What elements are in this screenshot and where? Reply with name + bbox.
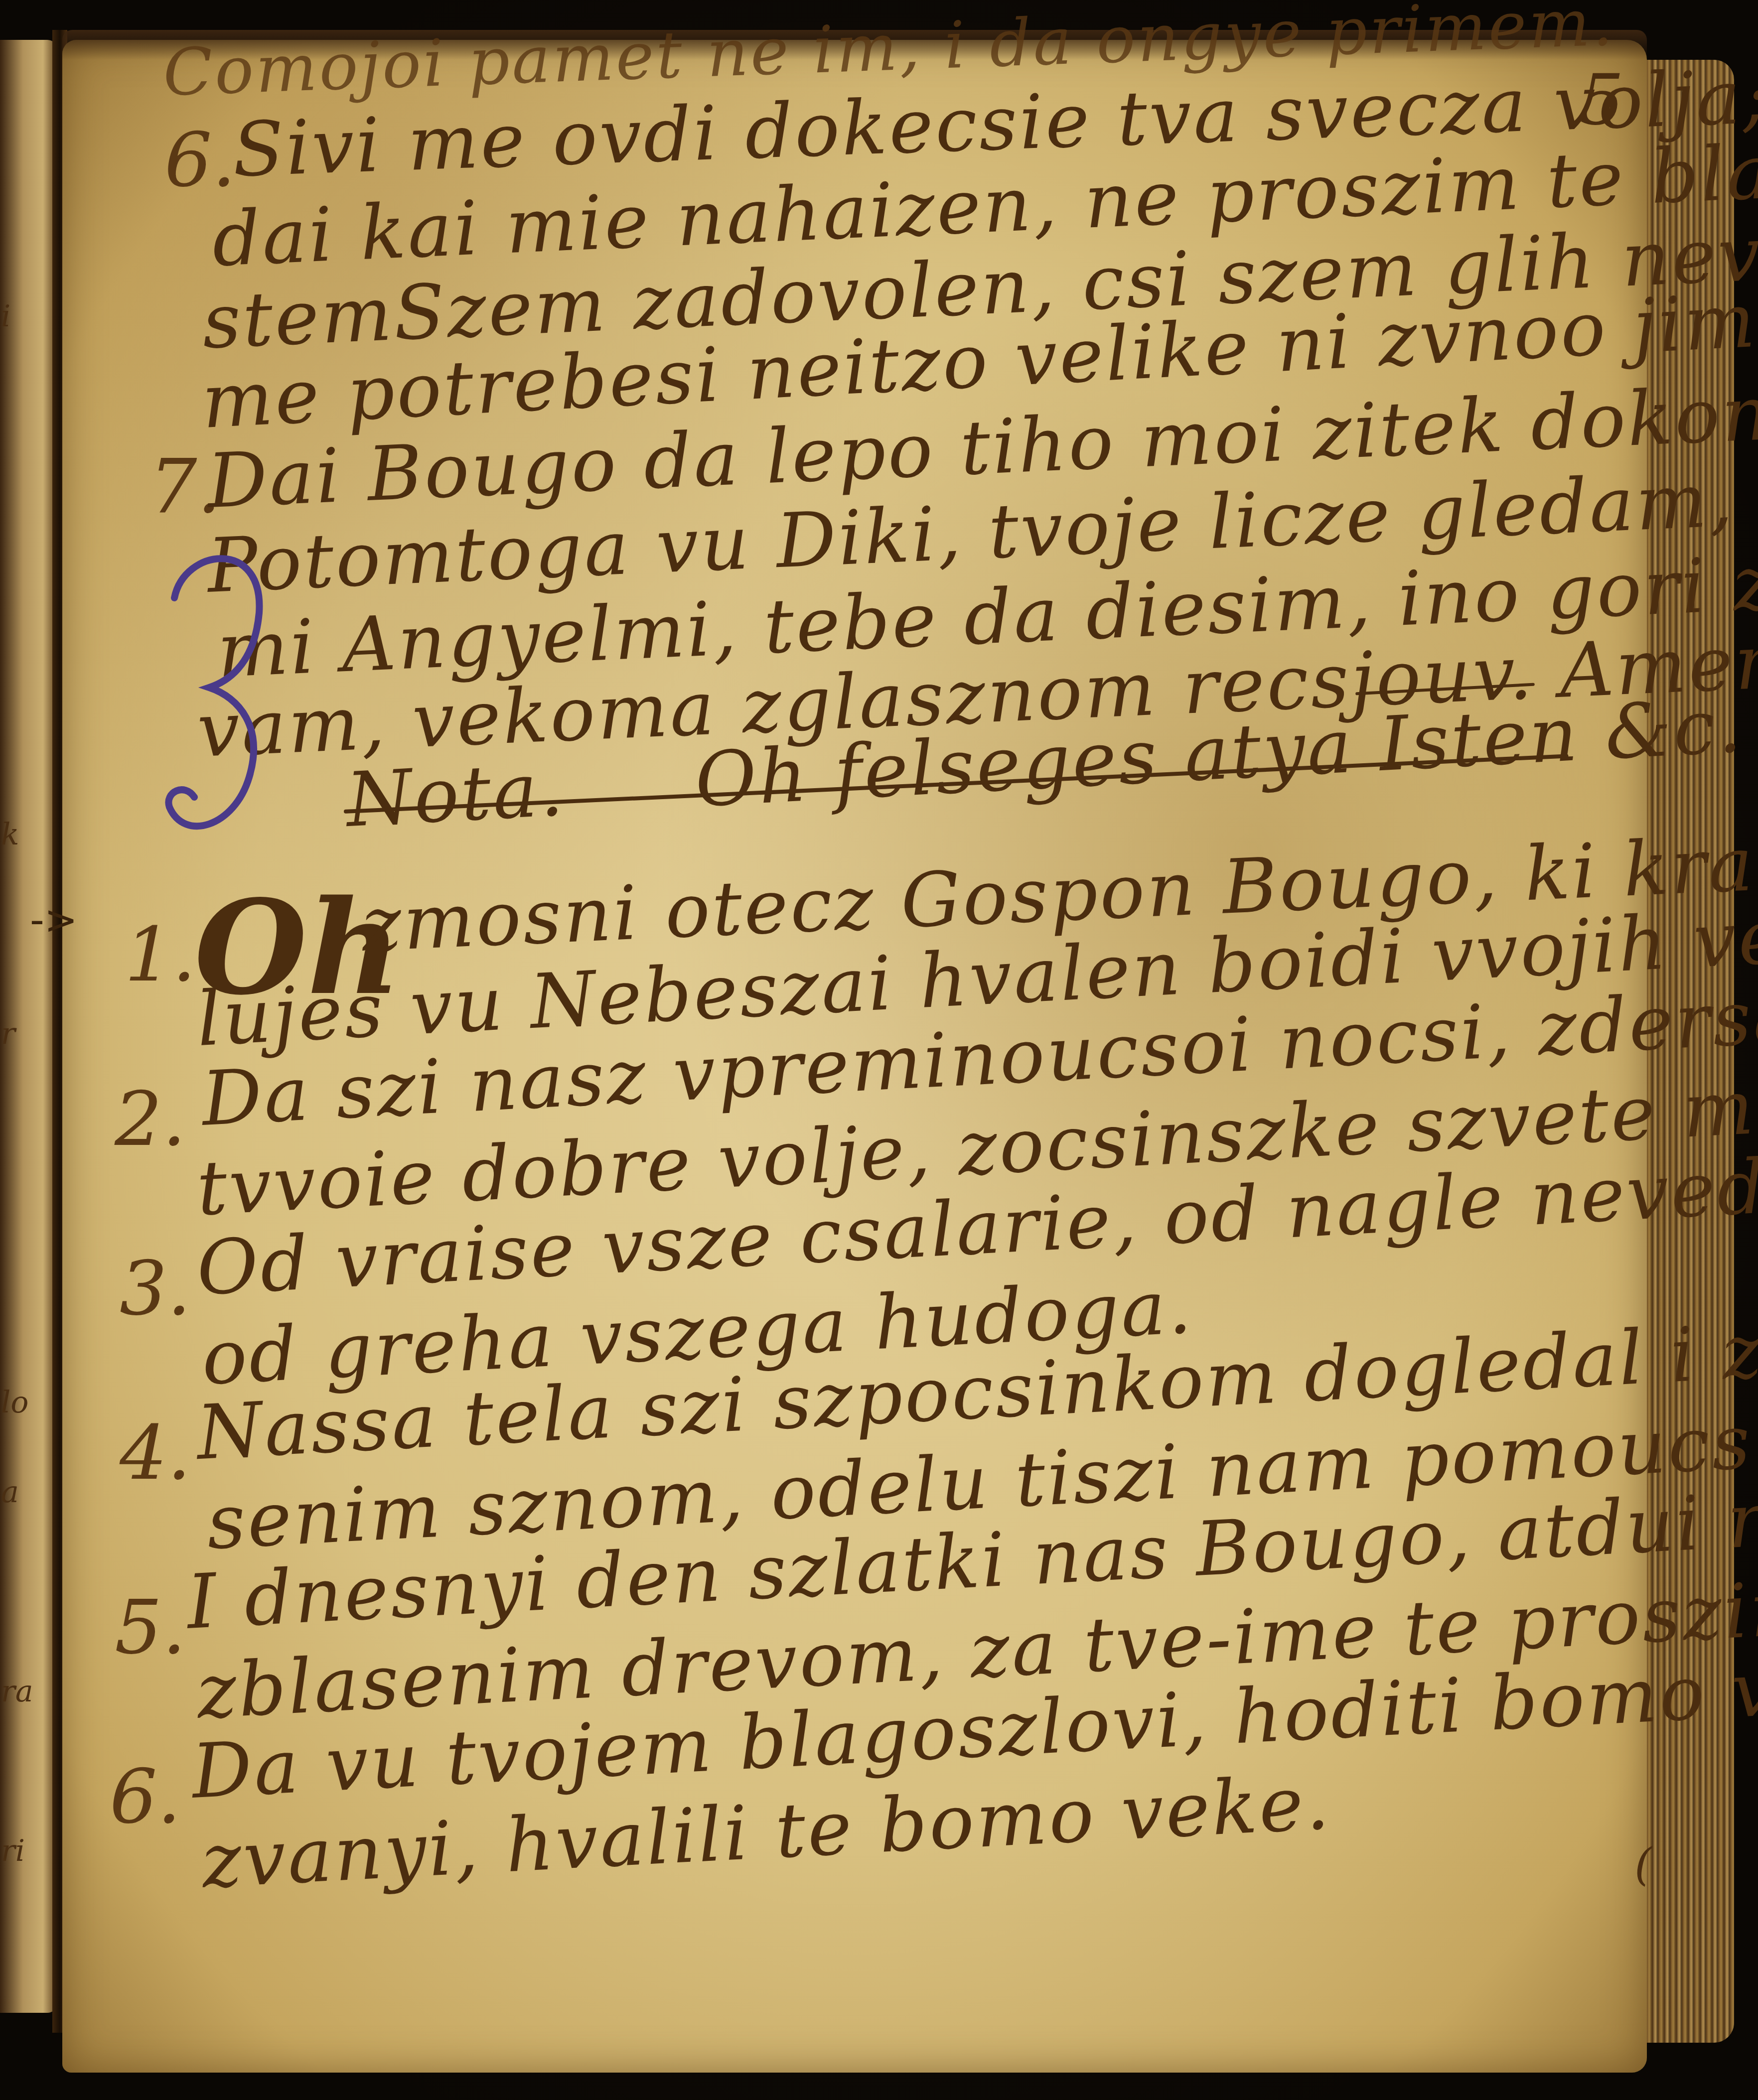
verse-number: 3. [120,1246,191,1332]
left-page-fragment: i [1,299,10,334]
bottom-right-mark: ( [1634,1838,1652,1891]
left-page-fragment: ra [1,1674,33,1709]
verse-number: 6. [164,117,236,204]
left-page-fragment: ri [1,1833,25,1868]
verse-number: 4. [120,1410,191,1497]
purple-number-3-annotation [164,538,314,847]
left-page-fragment: r [1,1016,15,1051]
left-margin-arrow-mark: -> [30,897,78,943]
verse-number: 6. [110,1754,181,1840]
verse-number: 5. [115,1584,186,1671]
verse-number: 1. [125,912,196,998]
left-page-fragment: a [1,1475,19,1510]
nota-label: Nota. [344,746,567,844]
left-page-fragment: k [1,817,19,852]
left-page-edge: i k r lo a ra ri [0,40,57,2013]
left-page-fragment: lo [1,1385,28,1420]
verse-number: 2. [115,1076,186,1163]
